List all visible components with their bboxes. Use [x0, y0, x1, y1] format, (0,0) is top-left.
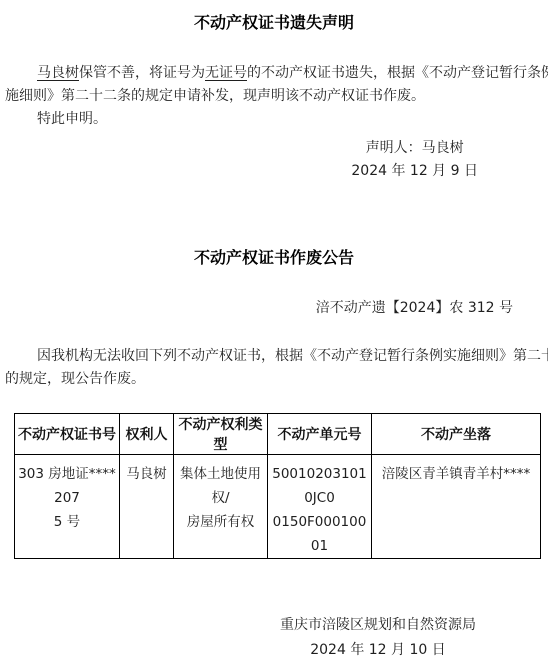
table-header-cell: 不动产单元号 [268, 414, 372, 455]
table-cell: 涪陵区青羊镇青羊村**** [372, 455, 541, 559]
issuer-block: 重庆市涪陵区规划和自然资源局 2024 年 12 月 10 日 [5, 613, 543, 657]
table-header-cell: 不动产权证书号 [15, 414, 120, 455]
void-announcement-body: 因我机构无法收回下列不动产权证书，根据《不动产登记暂行条例实施细则》第二十三条的… [5, 345, 543, 391]
void-announcement-title: 不动产权证书作废公告 [5, 247, 543, 269]
table-cell: 马良树 [120, 455, 174, 559]
doc-line: 马良树保管不善，将证号为无证号的不动产权证书遗失，根据《不动产登记暂行条例实 [5, 62, 543, 85]
declaration-date: 2024 年 12 月 9 日 [351, 160, 478, 183]
text-segment: 保管不善，将证号为 [79, 65, 205, 81]
doc-line: 因我机构无法收回下列不动产权证书，根据《不动产登记暂行条例实施细则》第二十三条 [5, 345, 543, 368]
loss-declaration-title: 不动产权证书遗失声明 [5, 0, 543, 34]
underlined-text: 无证号 [205, 65, 247, 81]
issuer-inner: 重庆市涪陵区规划和自然资源局 2024 年 12 月 10 日 [280, 613, 476, 657]
table-header-cell: 不动产坐落 [372, 414, 541, 455]
doc-line: 的规定，现公告作废。 [5, 368, 543, 391]
table-cell: 303 房地证****207 5 号 [15, 455, 120, 559]
table-header-cell: 不动产权利类型 [174, 414, 268, 455]
declarant-name: 声明人：马良树 [351, 137, 478, 160]
text-segment: 的规定，现公告作废。 [5, 371, 145, 387]
table-body: 303 房地证****207 5 号马良树集体土地使用权/ 房屋所有权50010… [15, 455, 541, 559]
underlined-text: 马良树 [37, 65, 79, 81]
text-segment: 特此申明。 [37, 111, 107, 127]
loss-declaration-body: 马良树保管不善，将证号为无证号的不动产权证书遗失，根据《不动产登记暂行条例实施细… [5, 62, 543, 131]
document-page: 不动产权证书遗失声明 马良树保管不善，将证号为无证号的不动产权证书遗失，根据《不… [0, 0, 548, 657]
text-segment: 施细则》第二十二条的规定申请补发，现声明该不动产权证书作废。 [5, 88, 425, 104]
table-header-row: 不动产权证书号权利人不动产权利类型不动产单元号不动产坐落 [15, 414, 541, 455]
text-segment: 的不动产权证书遗失，根据《不动产登记暂行条例实 [247, 65, 548, 81]
doc-line: 施细则》第二十二条的规定申请补发，现声明该不动产权证书作废。 [5, 85, 543, 108]
table-cell: 500102031010JC0 0150F00010001 [268, 455, 372, 559]
issuer-name: 重庆市涪陵区规划和自然资源局 [280, 613, 476, 638]
announcement-doc-number: 涪不动产遗【2024】农 312 号 [5, 297, 543, 320]
table-header-cell: 权利人 [120, 414, 174, 455]
text-segment: 因我机构无法收回下列不动产权证书，根据《不动产登记暂行条例实施细则》第二十三条 [37, 348, 548, 364]
signature-inner: 声明人：马良树 2024 年 12 月 9 日 [351, 137, 478, 183]
table-cell: 集体土地使用权/ 房屋所有权 [174, 455, 268, 559]
table-row: 303 房地证****207 5 号马良树集体土地使用权/ 房屋所有权50010… [15, 455, 541, 559]
announcement-date: 2024 年 12 月 10 日 [280, 638, 476, 657]
certificates-table: 不动产权证书号权利人不动产权利类型不动产单元号不动产坐落 303 房地证****… [14, 413, 541, 559]
doc-line: 特此申明。 [5, 108, 543, 131]
declaration-signature-block: 声明人：马良树 2024 年 12 月 9 日 [5, 137, 543, 183]
